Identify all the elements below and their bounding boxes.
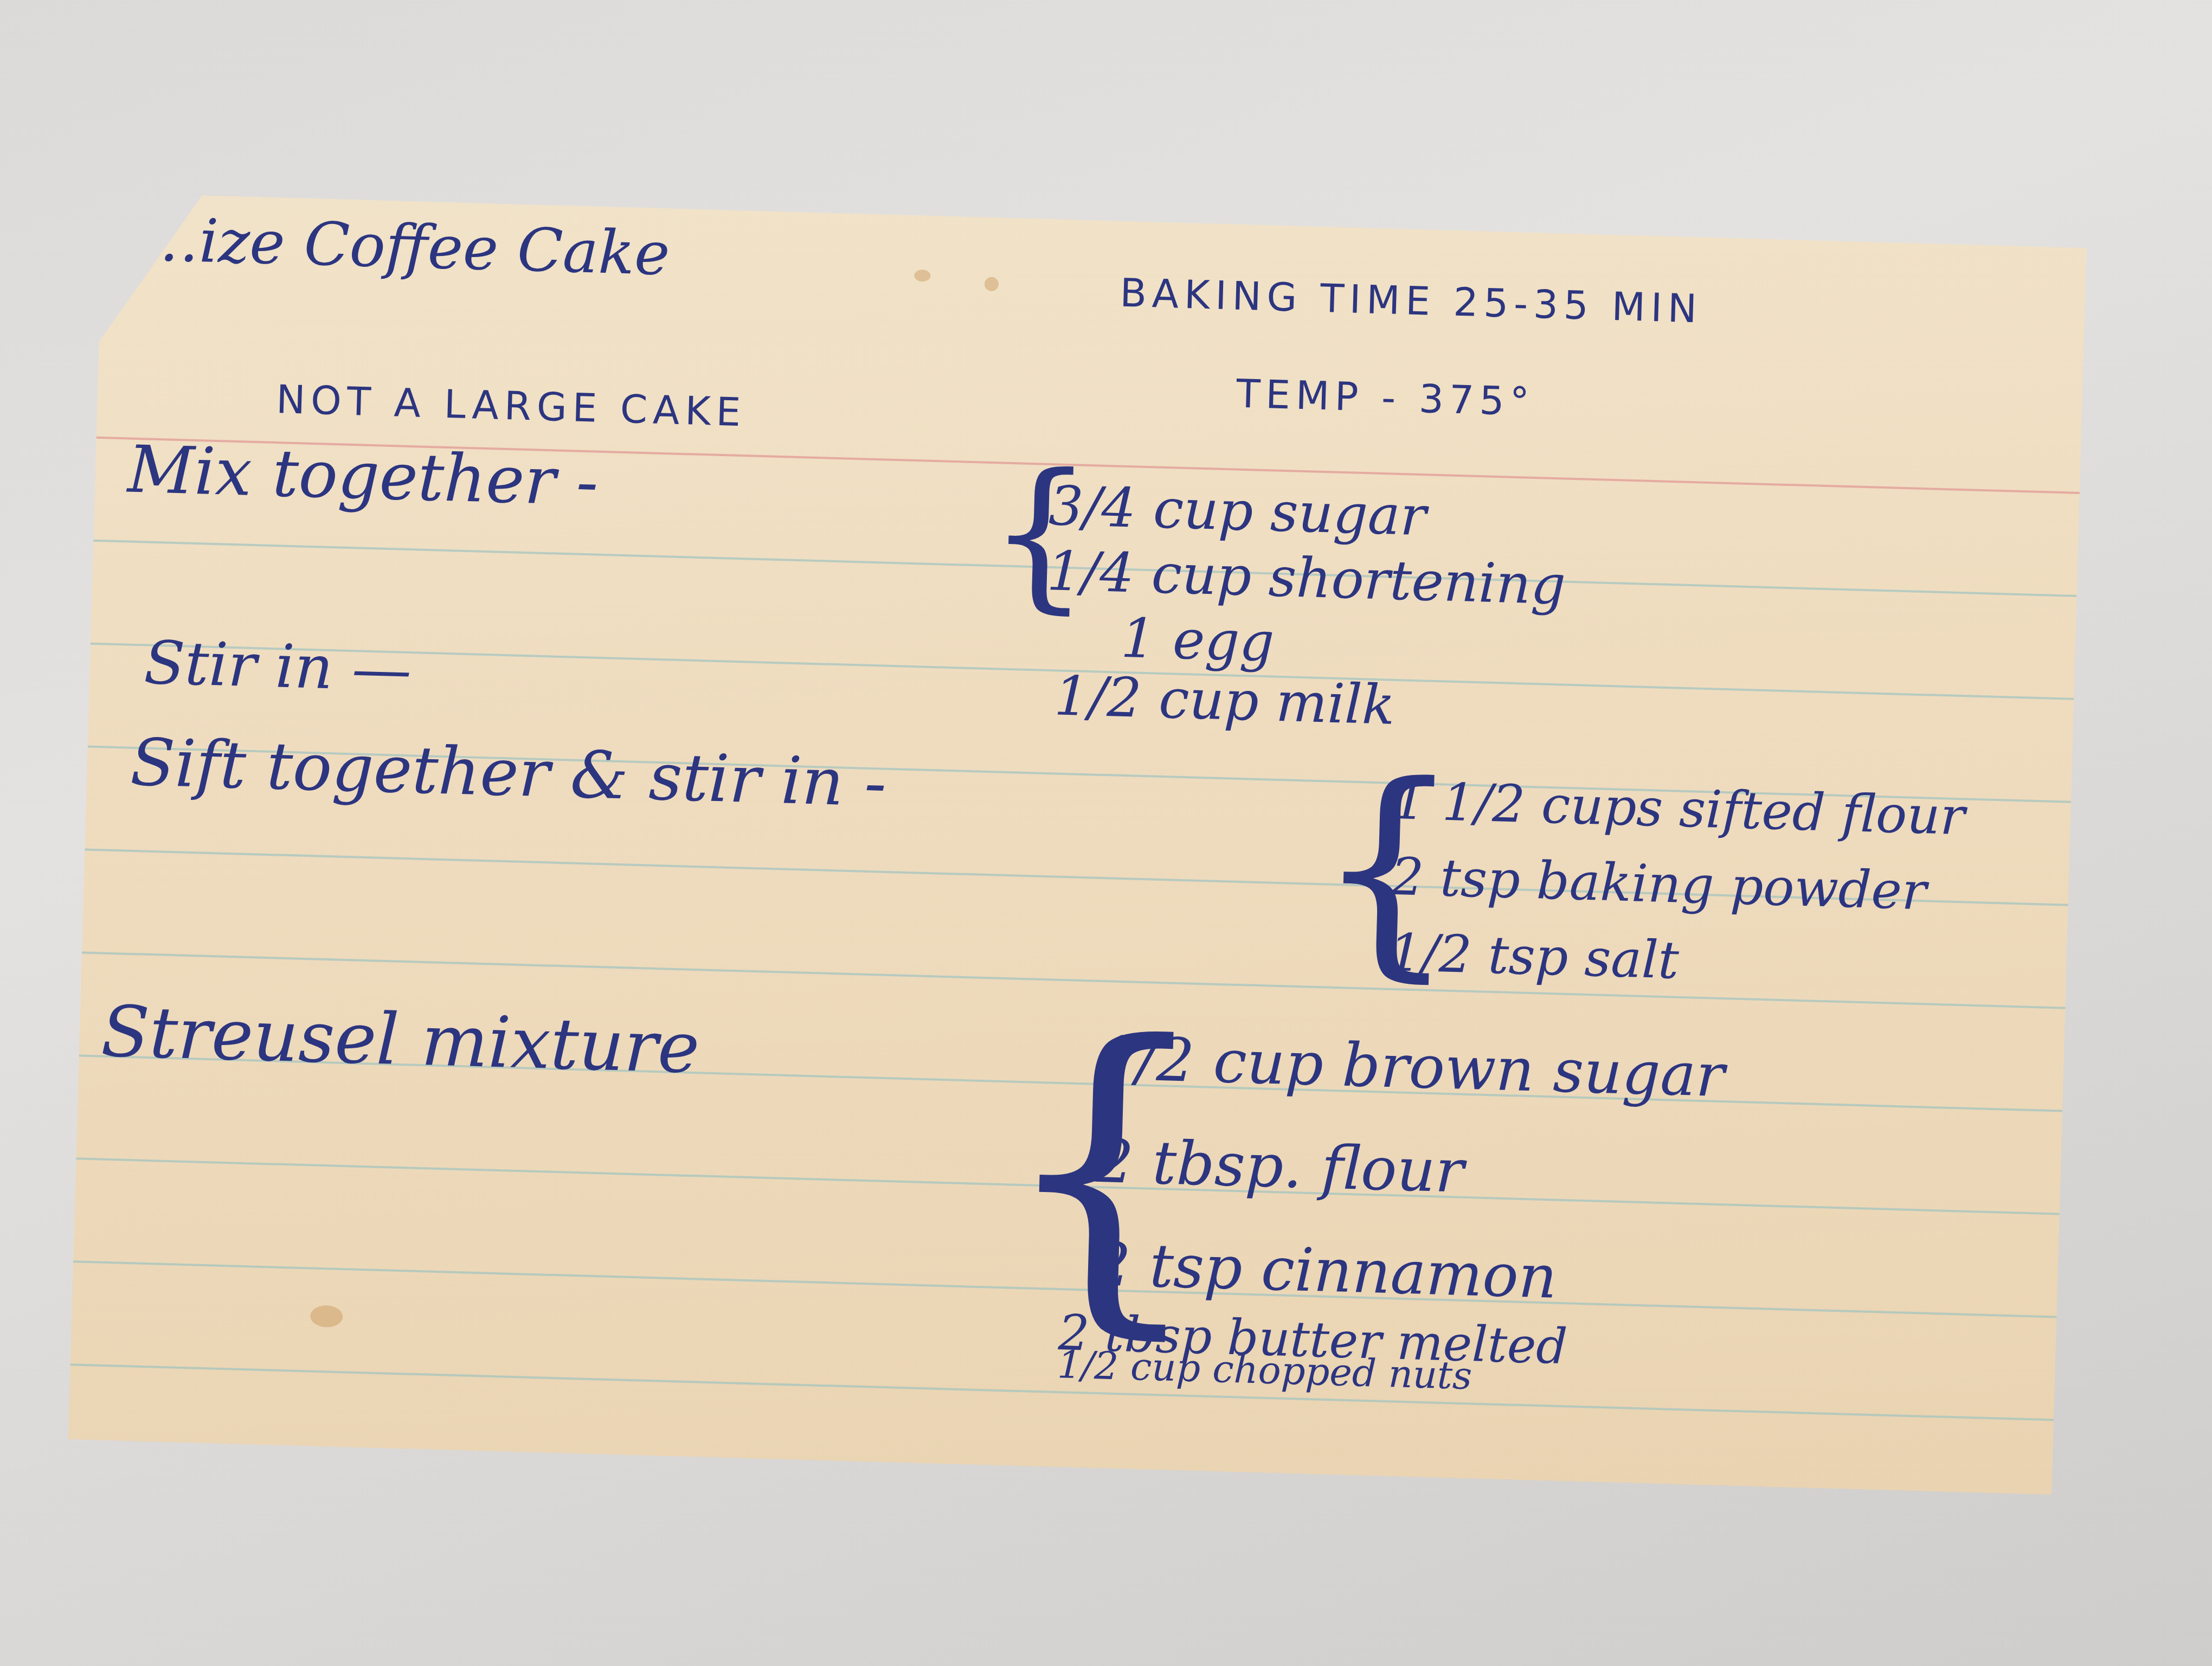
baking-temp: TEMP - 375° bbox=[1236, 371, 1535, 425]
step-label: Sift together & stir in - bbox=[130, 725, 888, 822]
step-label: Streusel mixture bbox=[100, 990, 701, 1090]
ingredient: 1 1/2 cups sifted flour bbox=[1392, 771, 1965, 847]
ingredient: 2 tsp baking powder bbox=[1390, 847, 1927, 922]
stain bbox=[914, 270, 931, 282]
size-note: NOT A LARGE CAKE bbox=[275, 376, 747, 435]
ingredient: 1 egg bbox=[1120, 606, 1275, 674]
ingredient: 1/4 cup shortening bbox=[1046, 539, 1567, 617]
ingredient: 3/4 cup sugar bbox=[1048, 474, 1427, 548]
step-label: Stir in — bbox=[143, 627, 413, 704]
stain bbox=[310, 1305, 343, 1328]
stain bbox=[985, 277, 999, 291]
recipe-card: …ize Coffee Cake BAKING TIME 25-35 MIN T… bbox=[68, 193, 2087, 1495]
ingredient: 1/2 cup milk bbox=[1053, 664, 1396, 736]
ingredient: 2 tbsp. flour bbox=[1095, 1126, 1465, 1206]
ingredient: 2 tsp cinnamon bbox=[1092, 1229, 1558, 1312]
baking-time: BAKING TIME 25-35 MIN bbox=[1119, 270, 1703, 331]
step-label: Mix together - bbox=[127, 432, 599, 521]
ingredient: 1/2 tsp salt bbox=[1388, 923, 1680, 991]
recipe-title: …ize Coffee Cake bbox=[139, 204, 671, 289]
